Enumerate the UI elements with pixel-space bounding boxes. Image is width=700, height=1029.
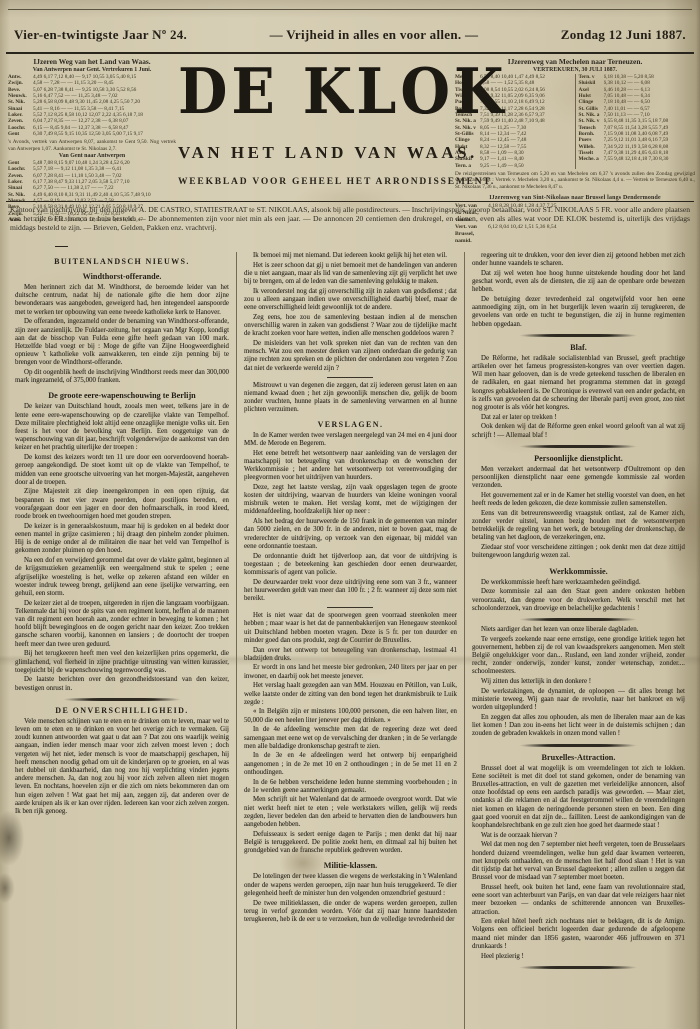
ornamental-divider	[519, 966, 637, 969]
imprint-end-dash	[55, 246, 68, 247]
paper-subtitle: VAN HET LAND VAN WAAS.	[178, 143, 453, 163]
top-rule	[8, 9, 692, 10]
paragraph: Wat is de oorzaak hiervan ?	[472, 832, 685, 840]
paragraph: De deurwaarder trekt voor deze uitdrijvi…	[244, 579, 457, 604]
ornamental-divider	[63, 698, 181, 701]
section-heading: BUITENLANDSCH NIEUWS.	[15, 257, 229, 266]
station-name: Gent	[8, 131, 33, 137]
paragraph: Ook denken wij dat de Réforme geen enkel…	[472, 423, 685, 439]
paragraph: Dat zij wel weten hoe hoog hunne uitstek…	[472, 270, 685, 295]
article-heading: Werkkommissie.	[472, 567, 685, 576]
imprint: Kantoor van inschrijving, bij den uitgev…	[10, 206, 690, 232]
issue-date: Zondag 12 Juni 1887.	[561, 27, 686, 43]
paragraph: Op dit oogenblik heeft de inschrijving W…	[15, 369, 229, 385]
paragraph: Eens van dit betreurensweerdig vraagstuk…	[472, 510, 685, 543]
timetable-row: Gent6,30 7,49 8,55 9,15 10,35 12,50 3,05…	[8, 131, 176, 137]
paragraph: Niets aardiger dan het lezen van onze li…	[472, 626, 685, 634]
departure-times: 9,25 — 1,49 — 8,50	[480, 163, 572, 169]
paragraph: Brussel heeft, ook buiten het land, eene…	[472, 884, 685, 917]
paragraph: Vele menschen schijnen van te eten en te…	[15, 718, 229, 816]
article-heading: Militie-klassen.	[244, 861, 457, 870]
paragraph: De keizer is in generaalskostuum, maar h…	[15, 523, 229, 556]
paragraph: Deze, zegt het laatste verslag, zijn vaa…	[244, 484, 457, 517]
timetable-brussels-title: IJzerenweg van Sint-Nikolaas naar Brusse…	[455, 195, 695, 201]
article-heading: Blaf.	[472, 343, 685, 352]
paragraph: Deze kommissie zal aan den Staat geen an…	[472, 588, 685, 613]
newspaper-page: Vier-en-twintigste Jaar Nº 24. — Vrijhei…	[0, 0, 700, 1029]
paper-tagline: WEEKBLAD VOOR GEHEEL HET ARRONDISSEMENT.	[178, 177, 453, 187]
paragraph: Na een dof en verwijderd gerommel dat ov…	[15, 557, 229, 598]
ornamental-divider	[519, 618, 637, 621]
timetable-waas-up-label: Van Gent naar Antwerpen	[8, 153, 176, 159]
section-heading: VERSLAGEN.	[244, 420, 457, 429]
paragraph: Als het bedrag der huurweerde de 150 fra…	[244, 518, 457, 551]
timetable-waas-down-rows: Antw.4,49 6,17 7,12 8,40 — 9,17 10,55 3,…	[8, 74, 176, 137]
section-heading: DE ONVERSCHILLIGHEID.	[15, 706, 229, 715]
paragraph: In de 6e hebben verscheidene leden hunne…	[244, 779, 457, 795]
ornamental-divider	[519, 744, 637, 747]
column-2: Ik bemoei mij met niemand. Dat iedereen …	[236, 252, 464, 1029]
article-heading: Windthorst-offerande.	[15, 272, 229, 281]
paragraph: Heel plezierig !	[472, 953, 685, 961]
paragraph: « In Belgiën zijn er minstens 100,000 pe…	[244, 708, 457, 724]
paragraph: De werkkommissie heeft hare werkzaamhede…	[472, 579, 685, 587]
paragraph: regeering uit te drukken, voor den iever…	[472, 252, 685, 268]
station-name: Meche. a	[579, 156, 604, 162]
paragraph: Dan over het ontwerp tot beteugeling van…	[244, 647, 457, 663]
divider-rule	[327, 377, 373, 378]
paragraph: Het verslag haalt gezegden aan van MM. H…	[244, 682, 457, 707]
departure-times: 7,55 9,48 12,18 4,18 7,30 8,30	[604, 156, 696, 162]
timetable-row: Meche. a7,55 9,48 12,18 4,18 7,30 8,30	[579, 156, 696, 162]
paragraph: In de Kamer werden twee verslagen neerge…	[244, 432, 457, 448]
paragraph: Een enkel hôtel heeft zich nochtans niet…	[472, 918, 685, 951]
paragraph: In de 4e afdeeling wenschte men dat de r…	[244, 726, 457, 751]
body-columns: BUITENLANDSCH NIEUWS.Windthorst-offerand…	[8, 252, 692, 1029]
timetable-waas-down-label: Van Antwerpen naar Gent. Vertrekuren 1 J…	[8, 67, 176, 73]
paragraph: Men schrijft uit het Walenland dat de ar…	[244, 796, 457, 829]
paragraph: Dat zal er later op trekken !	[472, 414, 685, 422]
timetable-waas-note: 's Avonds, vertrek van Antwerpen 8,07, a…	[8, 139, 176, 151]
paragraph: De betuiging dezer tevredenheid zal onge…	[472, 296, 685, 329]
column-3: regeering uit te drukken, voor den iever…	[464, 252, 692, 1029]
paragraph: Wel dat men nog den 7 september niet hee…	[472, 841, 685, 882]
paragraph: De offeranden, ingezameld onder de benam…	[15, 318, 229, 367]
paragraph: En zeggen dat alles zou ophouden, als me…	[472, 714, 685, 739]
paragraph: Zijne Majesteit zit diep ineengekrompen …	[15, 488, 229, 521]
paper-title: DE KLOK	[178, 54, 453, 131]
paragraph: Het gouvernement zal er in de Kamer het …	[472, 492, 685, 508]
timetable-terneuzen-up: Tern. v6,18 10,38 — 5,20 8,58Sluiskil6,3…	[575, 74, 696, 169]
divider-rule	[327, 607, 373, 608]
paragraph: Ik veronderstel nog dat gij onverschilli…	[244, 288, 457, 313]
paragraph: Ik bemoei mij met niemand. Dat iedereen …	[244, 252, 457, 260]
paragraph: De misleiders van het volk spreken niet …	[244, 340, 457, 373]
paragraph: Het is niet waar dat de spoorwegen geen …	[244, 612, 457, 645]
timetable-row: Tern. a9,25 — 1,49 — 8,50	[455, 163, 572, 169]
paragraph: Te vergeefs zoekende naar eene ernstige,…	[472, 636, 685, 677]
paragraph: Men herinnert zich dat M. Windthorst, de…	[15, 284, 229, 317]
paragraph: De ordonnantie duidt het tijdverloop aan…	[244, 553, 457, 578]
paragraph: Zeg eens, hoe zou de samenleving bestaan…	[244, 314, 457, 339]
article-heading: Bruxelles-Attraction.	[472, 753, 685, 762]
paragraph: De laatste berichten over den gezondheid…	[15, 676, 229, 692]
edition-number: Vier-en-twintigste Jaar Nº 24.	[14, 27, 187, 43]
ornamental-divider	[519, 445, 637, 448]
article-heading: De groote eere-wapenschouwing te Berlijn	[15, 391, 229, 400]
paragraph: De keizer ziet al de troepen, uitgereden…	[15, 600, 229, 649]
paragraph: Wij zitten dus letterlijk in den donkere…	[472, 678, 685, 686]
paragraph: Men verzekert andermaal dat het wetsontw…	[472, 466, 685, 491]
timetable-waas-title: IJzeren Weg van het Land van Waas.	[8, 57, 176, 66]
dateline: Vier-en-twintigste Jaar Nº 24. — Vrijhei…	[14, 27, 686, 43]
station-name: Tern. a	[455, 163, 480, 169]
paragraph: Er wordt in ons land het meeste bier ged…	[244, 664, 457, 680]
paragraph: De werkstakingen, de dynamiet, de oploop…	[472, 688, 685, 713]
paragraph: De lotelingen der twee klassen die wegen…	[244, 873, 457, 898]
paragraph: Defuisseaux is sedert eenige dagen te Pa…	[244, 831, 457, 856]
article-heading: Persoonlijke dienstplicht.	[472, 454, 685, 463]
paragraph: De keizer van Duitschland houdt, zooals …	[15, 403, 229, 452]
timetable-terneuzen-note: De reizigerstreinen van Terneuzen om 5,2…	[455, 171, 695, 190]
paragraph: Brussel doet al wat mogelijk is om vreem…	[472, 765, 685, 831]
paragraph: De Réforme, het radikale socialistenblad…	[472, 355, 685, 412]
paragraph: Ziedaar stof voor verscheidene zittingen…	[472, 544, 685, 560]
ornamental-divider	[519, 334, 637, 337]
paragraph: Bij het terugkeeren heeft men veel den k…	[15, 650, 229, 675]
paragraph: In de 3e en 4e afdeelingen werd het ontw…	[244, 752, 457, 777]
paragraph: De twee militieklassen, die onder de wap…	[244, 900, 457, 925]
paragraph: Het is zeer schoon dat gij u niet bemoei…	[244, 262, 457, 287]
paragraph: Mistrouwt u van degenen die zeggen, dat …	[244, 382, 457, 415]
motto: — Vrijheid in alles en voor allen. —	[270, 27, 479, 43]
departure-times: 6,30 7,49 8,55 9,15 10,35 12,50 3,05 5,0…	[33, 131, 176, 137]
paragraph: De komst des keizers wordt ten 11 ure do…	[15, 454, 229, 487]
column-1: BUITENLANDSCH NIEUWS.Windthorst-offerand…	[8, 252, 236, 1029]
paragraph: Het eene betreft het wetsontwerp naar aa…	[244, 450, 457, 483]
masthead-bottom-rule	[6, 201, 694, 202]
